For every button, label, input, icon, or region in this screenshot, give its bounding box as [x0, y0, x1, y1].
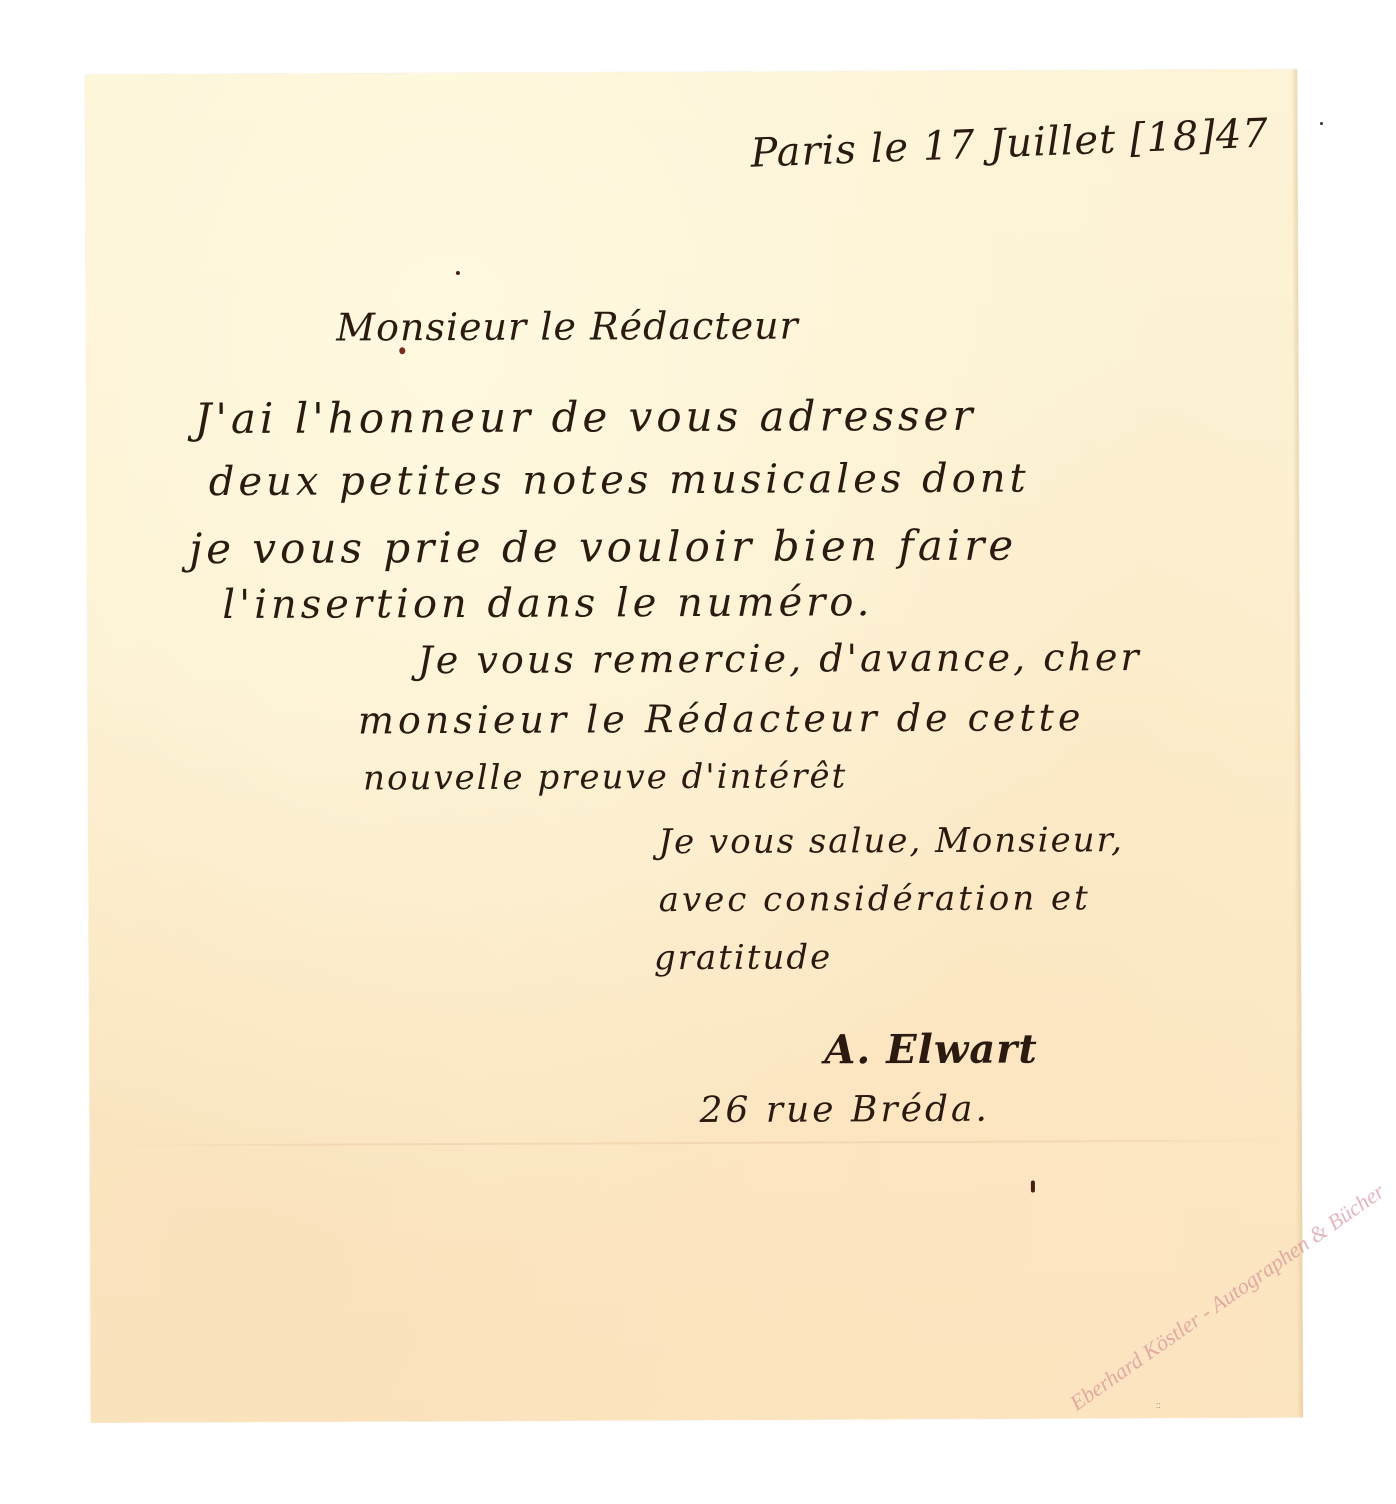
- closing-line-1: Je vous salue, Monsieur,: [658, 820, 1124, 862]
- body-line-6: monsieur le Rédacteur de cette: [358, 695, 1085, 742]
- salutation: Monsieur le Rédacteur: [336, 304, 799, 350]
- body-line-7: nouvelle preuve d'intérêt: [363, 756, 847, 798]
- dateline: Paris le 17 Juillet [18]47: [750, 110, 1270, 176]
- closing-line-2: avec considération et: [659, 878, 1091, 920]
- closing-line-3: gratitude: [654, 937, 832, 978]
- ink-blot: [399, 347, 405, 354]
- ink-mark: [1031, 1181, 1035, 1193]
- pencil-mark: ::: [1156, 1400, 1161, 1410]
- body-line-1: J'ai l'honneur de vous adresser: [194, 391, 976, 443]
- letter-sheet: Paris le 17 Juillet [18]47 Monsieur le R…: [85, 69, 1303, 1422]
- signature: A. Elwart: [824, 1026, 1038, 1074]
- body-line-4: l'insertion dans le numéro.: [222, 579, 873, 628]
- margin-speck: [1320, 122, 1323, 125]
- body-line-5: Je vous remercie, d'avance, cher: [418, 635, 1142, 682]
- body-line-2: deux petites notes musicales dont: [209, 456, 1030, 506]
- page: Paris le 17 Juillet [18]47 Monsieur le R…: [0, 0, 1396, 1504]
- address: 26 rue Bréda.: [700, 1089, 991, 1131]
- body-line-3: je vous prie de vouloir bien faire: [189, 521, 1017, 574]
- ink-speck: [456, 271, 460, 275]
